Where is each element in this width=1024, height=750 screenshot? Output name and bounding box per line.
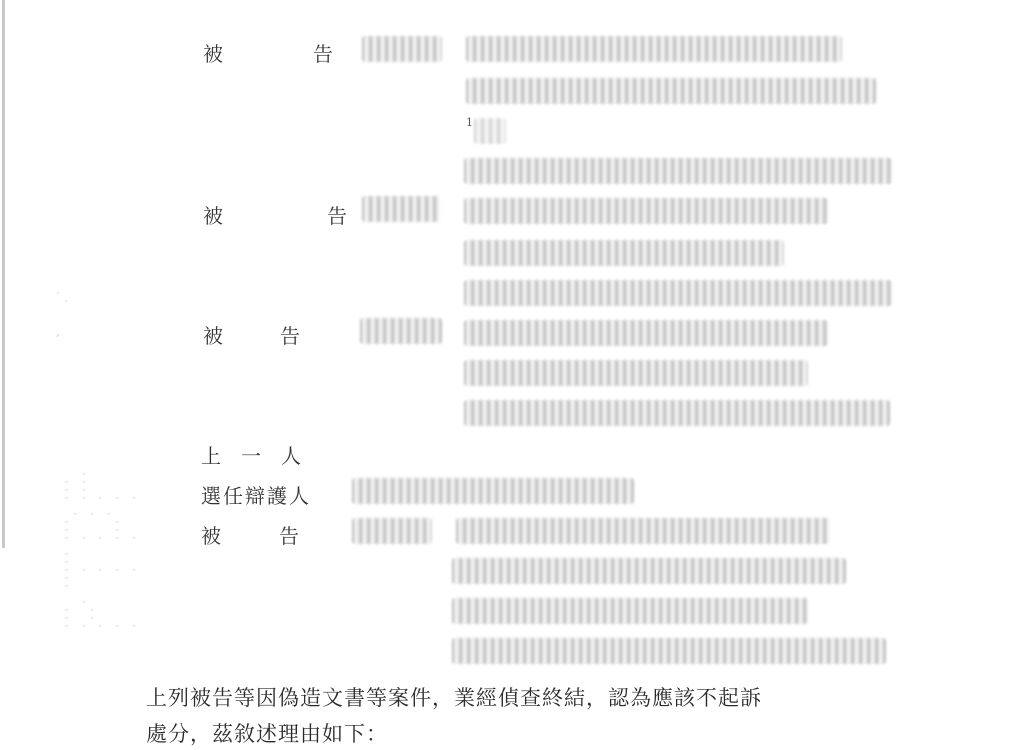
party-3-details-redaction [464, 280, 892, 306]
role-char: 告 [327, 200, 347, 229]
role-char: 被 [203, 38, 223, 67]
party-3-details-redaction [464, 320, 828, 346]
party-1-details-redaction [466, 36, 842, 62]
footnote-mark: 1 [466, 116, 473, 129]
party-4-details-redaction [452, 598, 808, 624]
party-1-name-redaction [362, 36, 442, 62]
body-text-line-1: 上列被告等因偽造文書等案件，業經偵查終結，認為應該不起訴 [146, 682, 762, 712]
page-edge-shadow [2, 0, 5, 548]
party-2-details-redaction [464, 158, 892, 184]
role-char: 被 [203, 200, 223, 229]
party-2-details-redaction [464, 240, 784, 266]
party-1-details-redaction [466, 78, 876, 104]
defense-counsel-label: 選任辯護人 [201, 480, 311, 509]
party-3-details-redaction [464, 400, 890, 426]
party-3-details-redaction [464, 360, 808, 386]
party-4-name-redaction [352, 518, 432, 544]
role-char: 告 [279, 520, 299, 549]
role-char: 被 [203, 320, 223, 349]
role-char: 告 [280, 320, 300, 349]
margin-speck: , [55, 330, 63, 338]
margin-stamp-mark: - - - - - - - - - - - - - - - - - - - - … [64, 470, 140, 630]
margin-speck: · · [55, 290, 72, 306]
party-4-details-redaction [452, 638, 886, 664]
party-4-details-redaction [456, 518, 830, 544]
role-char: 告 [313, 38, 333, 67]
body-text-line-2: 處分，茲敘述理由如下： [146, 718, 388, 748]
label-char: 上 [201, 440, 221, 469]
label-char: 一 [241, 440, 261, 469]
party-1-details-redaction [474, 118, 506, 144]
party-2-details-redaction [464, 198, 828, 224]
party-3-name-redaction [360, 318, 442, 344]
party-2-name-redaction [362, 196, 440, 222]
label-char: 人 [281, 440, 301, 469]
defense-counsel-name-redaction [352, 478, 634, 504]
role-char: 被 [201, 520, 221, 549]
party-4-details-redaction [452, 558, 846, 584]
